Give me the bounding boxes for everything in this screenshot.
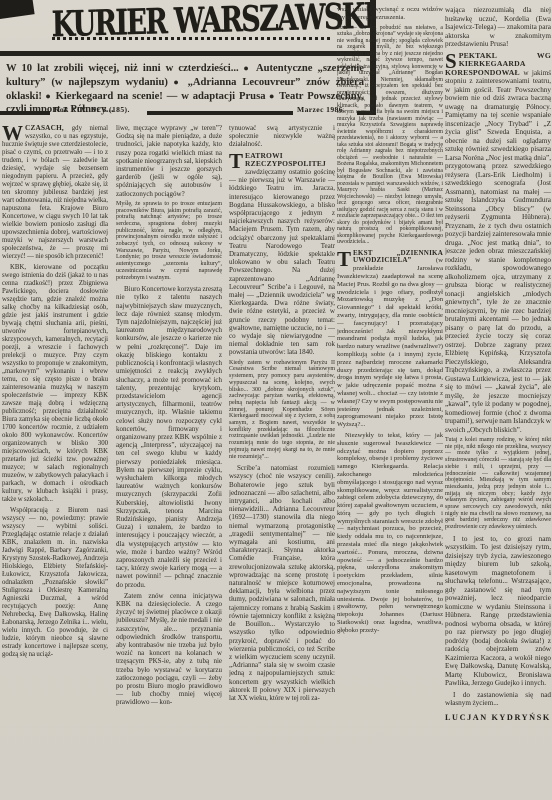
- column-1: WCZASACH, gdy niemal wszystko, co u nas …: [2, 124, 108, 800]
- section-lead-caps: EKST „DZIENNIKA UWODZICIELA”: [353, 249, 443, 265]
- drop-cap: W: [2, 125, 23, 141]
- masthead: KURIER WARSZAWSKI: [16, 0, 366, 40]
- lead-item: W 10 lat zrobili więcej, niż inni w czte…: [6, 63, 239, 74]
- column-2: liwe, męczące wyprawy „w teren”? Godzą s…: [116, 124, 222, 800]
- paragraph: KBK, kierowane od początku swego istnien…: [2, 264, 108, 504]
- drop-cap: T: [337, 251, 351, 267]
- bullet-icon: ●: [266, 91, 280, 101]
- paragraph: Dziś — do łez pobudzić nas niełatwo, a s…: [337, 25, 443, 246]
- masthead-bottom-rule: [0, 51, 376, 56]
- masthead-title: KURIER WARSZAWSKI: [51, 0, 375, 46]
- paragraph: tynuować swą artystycznie i społecznie n…: [229, 124, 335, 149]
- column-5: wająca niezrozumiałą dla niej huśtawkę u…: [445, 6, 551, 800]
- bullet-icon: ●: [42, 91, 56, 101]
- section-lead-caps: EATROWI RZECZYPOSPOLITEJ: [245, 151, 326, 168]
- section-lead-paragraph: WCZASACH, gdy niemal wszystko, co u nas …: [2, 124, 108, 261]
- paragraph: I do zastanowienia się nad własnym życie…: [445, 691, 551, 708]
- dateline-rule-mid: [147, 111, 293, 115]
- paragraph: Współpracują z Biurem nasi wszyscy — no,…: [2, 507, 108, 659]
- paragraph: liwe, męczące wyprawy „w teren”? Godzą s…: [116, 124, 222, 198]
- paragraph: wająca niezrozumiałą dla niej huśtawkę u…: [445, 6, 551, 49]
- paragraph: Myślę, że sprawia to po trosze entuzjazm…: [116, 201, 222, 281]
- paragraph: wsze umiały wycisnąć z oczu widzów łzy s…: [337, 6, 443, 22]
- bullet-icon: ●: [168, 77, 188, 87]
- section-lead-caps: CZASACH,: [25, 124, 72, 132]
- column-3: tynuować swą artystycznie i społecznie n…: [229, 124, 335, 800]
- lead-item: Kierkegaard na scenie! — w adaptacji Pru…: [56, 91, 266, 102]
- column-4: wsze umiały wycisnąć z oczu widzów łzy s…: [337, 6, 443, 800]
- paragraph: Tutaj z kolei mamy rodzinę, w której nik…: [445, 437, 551, 531]
- section-lead-paragraph: TEATROWI RZECZYPOSPOLITEJ zawdzięczamy o…: [229, 152, 335, 357]
- section-lead-paragraph: TEKST „DZIENNIKA UWODZICIELA” (w przekła…: [337, 250, 443, 429]
- newspaper-page: KURIER WARSZAWSKI W 10 lat zrobili więce…: [0, 0, 552, 800]
- section-lead-paragraph: SPEKTAKL WG KIERKEGAARDA KORESPONDOWAŁ w…: [445, 52, 551, 435]
- dateline-rule-left: [0, 111, 50, 115]
- paragraph: Scribe’a natomiast rozumieli wszyscy (ch…: [229, 464, 335, 702]
- byline: LUCJAN KYDRYŃSKI: [445, 713, 551, 722]
- paragraph: Biuro Koncertowe korzysta zresztą nie ty…: [116, 285, 222, 589]
- paragraph: Zatem znów cenna inicjatywa KBK na dzies…: [116, 592, 222, 707]
- paragraph: I to jest to, co grozi nam wszystkim. To…: [445, 535, 551, 688]
- drop-cap: S: [445, 53, 457, 69]
- paragraph: Kiedy zatem w rozbawionym Paryżu II Cesa…: [229, 360, 335, 461]
- drop-cap: T: [229, 153, 243, 169]
- dateline-issue: Rok XIX. Nr 3 (185).: [54, 105, 130, 114]
- section-lead-caps: PEKTAKL WG KIERKEGAARDA KORESPONDOWAŁ: [445, 51, 551, 77]
- paragraph: Niezwykły to tekst, który — jak słusznie…: [337, 432, 443, 635]
- bullet-icon: ●: [239, 63, 256, 73]
